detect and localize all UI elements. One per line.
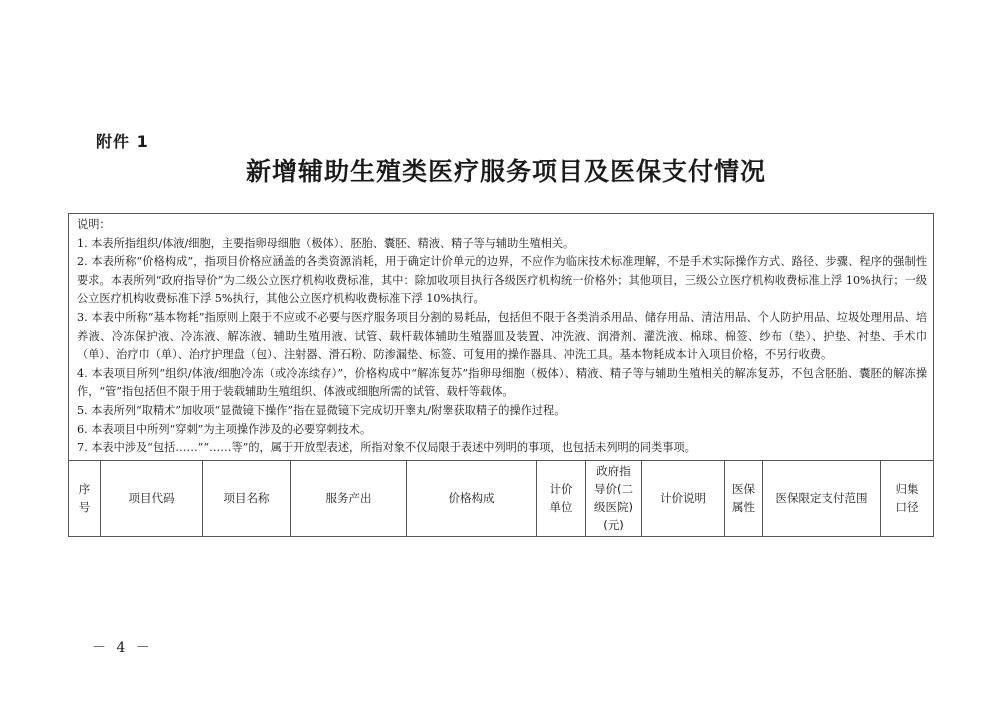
service-items-table: 说明： 1. 本表所指组织/体液/细胞，主要指卵母细胞（极体）、胚胎、囊胚、精液… [68, 213, 934, 537]
notes-heading: 说明： [77, 216, 927, 235]
document-title: 新增辅助生殖类医疗服务项目及医保支付情况 [0, 152, 1000, 188]
note-item: 5. 本表所列“取精术”加收项“显微镜下操作”指在显微镜下完成切开睾丸/附睾获取… [77, 402, 927, 421]
header-seq: 序号 [69, 460, 101, 536]
header-output: 服务产出 [291, 460, 407, 536]
header-payment-scope: 医保限定支付范围 [763, 460, 881, 536]
attachment-label: 附件 1 [96, 129, 149, 152]
header-code: 项目代码 [101, 460, 203, 536]
header-name: 项目名称 [203, 460, 291, 536]
note-item: 2. 本表所称“价格构成”，指项目价格应涵盖的各类资源消耗，用于确定计价单元的边… [77, 253, 927, 309]
header-insurance-attr: 医保属性 [725, 460, 763, 536]
note-item: 3. 本表中所称“基本物耗”指原则上限于不应或不必要与医疗服务项目分割的易耗品，… [77, 309, 927, 365]
note-item: 4. 本表项目所列“组织/体液/细胞冷冻（或冷冻续存）”，价格构成中“解冻复苏”… [77, 365, 927, 402]
header-price: 政府指导价(二级医院)(元) [586, 460, 642, 536]
note-item: 6. 本表项目中所列“穿刺”为主项操作涉及的必要穿刺技术。 [77, 421, 927, 440]
notes-row: 说明： 1. 本表所指组织/体液/细胞，主要指卵母细胞（极体）、胚胎、囊胚、精液… [69, 214, 934, 461]
header-unit: 计价单位 [537, 460, 586, 536]
note-item: 1. 本表所指组织/体液/细胞，主要指卵母细胞（极体）、胚胎、囊胚、精液、精子等… [77, 235, 927, 254]
header-composition: 价格构成 [407, 460, 537, 536]
table-header-row: 序号 项目代码 项目名称 服务产出 价格构成 计价单位 政府指导价(二级医院)(… [69, 460, 934, 536]
page-number: － 4 － [92, 637, 153, 657]
header-category: 归集口径 [881, 460, 934, 536]
note-item: 7. 本表中涉及“包括……”“……等”的，属于开放型表述，所指对象不仅局限于表述… [77, 439, 927, 458]
header-pricing-note: 计价说明 [642, 460, 725, 536]
notes-section: 说明： 1. 本表所指组织/体液/细胞，主要指卵母细胞（极体）、胚胎、囊胚、精液… [69, 214, 934, 461]
